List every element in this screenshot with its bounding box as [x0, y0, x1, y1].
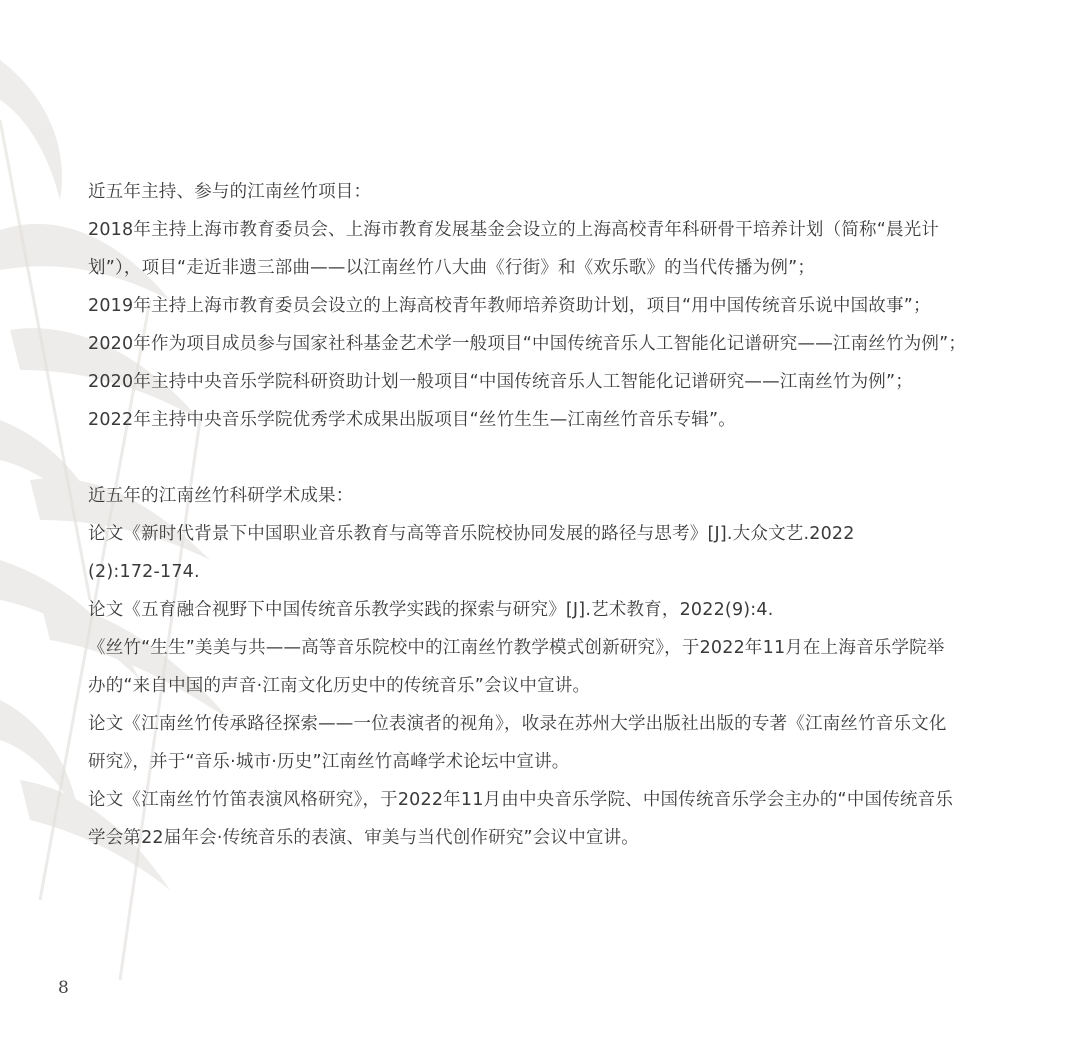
- paragraph-line: 《丝竹“生生”美美与共——高等音乐院校中的江南丝竹教学模式创新研究》，于2022…: [88, 629, 968, 667]
- paragraph-line: 2020年作为项目成员参与国家社科基金艺术学一般项目“中国传统音乐人工智能化记谱…: [88, 325, 968, 363]
- paragraph-line: 办的“来自中国的声音·江南文化历史中的传统音乐”会议中宣讲。: [88, 667, 968, 705]
- section-achievements: 近五年的江南丝竹科研学术成果： 论文《新时代背景下中国职业音乐教育与高等音乐院校…: [88, 477, 968, 857]
- document-body: 近五年主持、参与的江南丝竹项目： 2018年主持上海市教育委员会、上海市教育发展…: [88, 173, 968, 857]
- paragraph-line: 2019年主持上海市教育委员会设立的上海高校青年教师培养资助计划，项目“用中国传…: [88, 287, 968, 325]
- page-number: 8: [58, 978, 69, 998]
- paragraph-line: 2020年主持中央音乐学院科研资助计划一般项目“中国传统音乐人工智能化记谱研究—…: [88, 363, 968, 401]
- paragraph-line: 研究》，并于“音乐·城市·历史”江南丝竹高峰学术论坛中宣讲。: [88, 743, 968, 781]
- paragraph-line: 划”），项目“走近非遗三部曲——以江南丝竹八大曲《行街》和《欢乐歌》的当代传播为…: [88, 249, 968, 287]
- section-projects: 近五年主持、参与的江南丝竹项目： 2018年主持上海市教育委员会、上海市教育发展…: [88, 173, 968, 439]
- paragraph-line: 论文《五育融合视野下中国传统音乐教学实践的探索与研究》[J].艺术教育，2022…: [88, 591, 968, 629]
- paragraph-line: (2):172-174.: [88, 553, 968, 591]
- paragraph-line: 论文《新时代背景下中国职业音乐教育与高等音乐院校协同发展的路径与思考》[J].大…: [88, 515, 968, 553]
- section-heading: 近五年的江南丝竹科研学术成果：: [88, 477, 968, 515]
- section-heading: 近五年主持、参与的江南丝竹项目：: [88, 173, 968, 211]
- paragraph-line: 2022年主持中央音乐学院优秀学术成果出版项目“丝竹生生—江南丝竹音乐专辑”。: [88, 401, 968, 439]
- paragraph-line: 学会第22届年会·传统音乐的表演、审美与当代创作研究”会议中宣讲。: [88, 819, 968, 857]
- paragraph-line: 论文《江南丝竹传承路径探索——一位表演者的视角》，收录在苏州大学出版社出版的专著…: [88, 705, 968, 743]
- paragraph-line: 论文《江南丝竹竹笛表演风格研究》，于2022年11月由中央音乐学院、中国传统音乐…: [88, 781, 968, 819]
- paragraph-line: 2018年主持上海市教育委员会、上海市教育发展基金会设立的上海高校青年科研骨干培…: [88, 211, 968, 249]
